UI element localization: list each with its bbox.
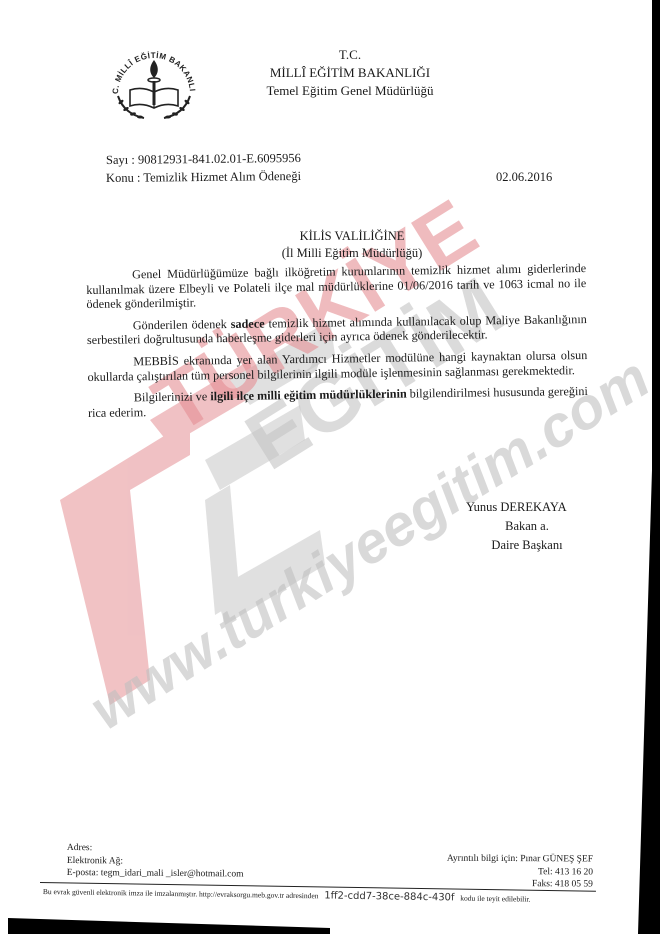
letter-body: Genel Müdürlüğümüze bağlı ilköğretim kur… [86,261,588,427]
ministry-logo: T.C. MİLLÎ EĞİTİM BAKANLIĞI [104,38,204,124]
recipient: KİLİS VALİLİĞİNE (İl Milli Eğitim Müdürl… [262,228,442,262]
paragraph-text: Gönderilen ödenek [133,317,231,332]
letterhead: T.C. MİLLÎ EĞİTİM BAKANLIĞI Temel Eğitim… [250,46,450,100]
signatory-name: Yunus DEREKAYA [462,498,592,517]
document-page: TÜRKİYE EĞİTİM www.turkiyeegitim.com T.C… [0,0,660,934]
signatory-title2: Daire Başkanı [462,536,592,555]
recipient-line2: (İl Milli Eğitim Müdürlüğü) [262,245,442,262]
signature-block: Yunus DEREKAYA Bakan a. Daire Başkanı [462,498,592,555]
sayi-row: Sayı : 90812931-841.02.01-E.6095956 [106,149,301,169]
konu-label: Konu [106,171,134,185]
letterhead-directorate: Temel Eğitim Genel Müdürlüğü [250,82,450,100]
verify-prefix: Bu evrak güvenli elektronik imza ile imz… [43,887,319,900]
konu-value: : Temizlik Hizmet Alım Ödeneği [137,169,301,185]
footer-contact-left: Adres: Elektronik Ağ: E-posta: tegm_idar… [67,842,244,881]
sayi-value: : 90812931-841.02.01-E.6095956 [131,151,301,167]
body-paragraph: Genel Müdürlüğümüze bağlı ilköğretim kur… [86,261,587,312]
footer-contact-person: Ayrıntılı bilgi için: Pınar GÜNEŞ ŞEF [405,853,593,866]
paragraph-text: Genel Müdürlüğümüze bağlı ilköğretim kur… [86,261,586,311]
verify-suffix: kodu ile teyit edilebilir. [460,894,530,904]
paragraph-text: MEBBİS ekranında yer alan Yardımcı Hizme… [87,348,587,384]
document-date: 02.06.2016 [496,170,552,185]
letterhead-ministry: MİLLÎ EĞİTİM BAKANLIĞI [250,64,450,82]
document-meta: Sayı : 90812931-841.02.01-E.6095956 Konu… [106,151,301,187]
signatory-title1: Bakan a. [462,517,592,536]
emphasized-text: sadece [231,316,265,330]
footer-contact-right: Ayrıntılı bilgi için: Pınar GÜNEŞ ŞEF Te… [405,853,593,891]
sayi-label: Sayı [106,153,128,167]
svg-text:T.C. MİLLÎ EĞİTİM BAKANLIĞI: T.C. MİLLÎ EĞİTİM BAKANLIĞI [104,38,197,94]
konu-row: Konu : Temizlik Hizmet Alım Ödeneği [106,167,301,187]
body-paragraph: Gönderilen ödenek sadece temizlik hizmet… [87,312,587,348]
paragraph-text: Bilgilerinizi ve [134,389,211,404]
recipient-line1: KİLİS VALİLİĞİNE [262,228,442,245]
emphasized-text: ilgili ilçe milli eğitim müdürlüklerinin [210,387,407,404]
footer-tel: Tel: 413 16 20 [405,865,593,878]
body-paragraph: MEBBİS ekranında yer alan Yardımcı Hizme… [87,348,587,384]
body-paragraph: Bilgilerinizi ve ilgili ilçe milli eğiti… [88,384,588,420]
footer-email: E-posta: tegm_idari_mali _isler@hotmail.… [67,867,244,881]
verify-code: 1ff2-cdd7-38ce-884c-430f [324,890,454,903]
letterhead-tc: T.C. [250,46,450,64]
